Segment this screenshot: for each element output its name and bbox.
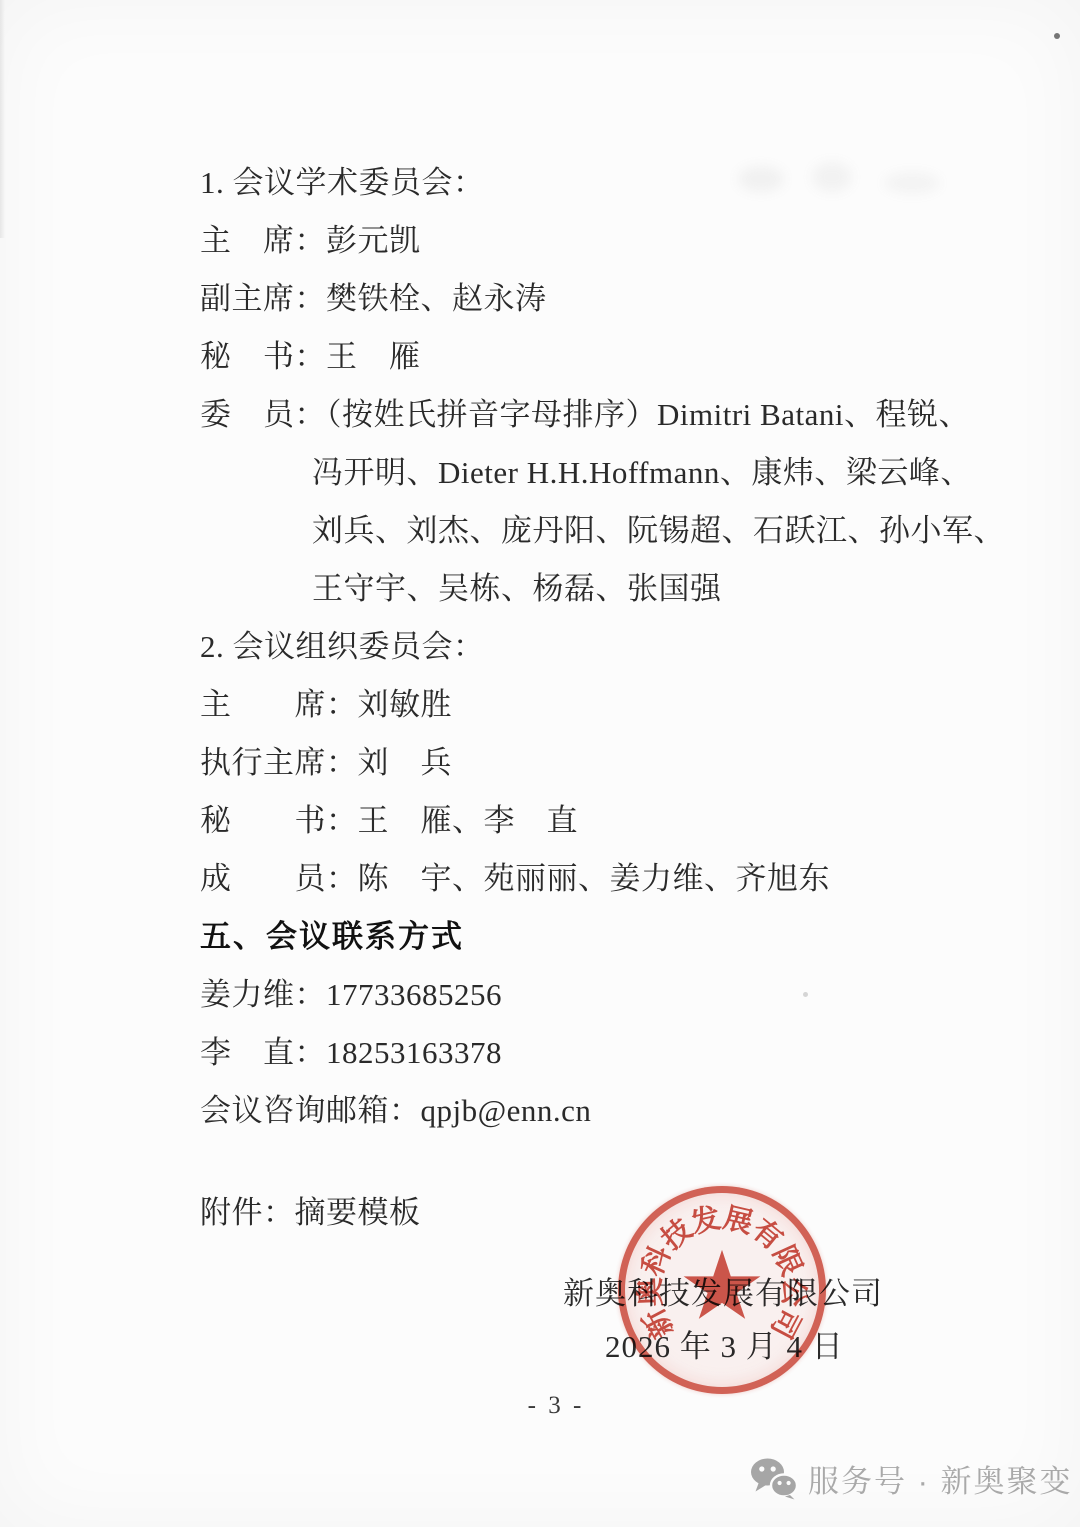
wechat-icon <box>750 1458 798 1500</box>
page-number: - 3 - <box>494 1392 618 1420</box>
signature-date: 2026 年 3 月 4 日 <box>605 1330 844 1364</box>
section-heading: 五、会议联系方式 <box>200 908 990 966</box>
scan-speck <box>1054 33 1060 39</box>
doc-line: 秘 书：王 雁、李 直 <box>200 792 990 850</box>
wechat-account-label[interactable]: 服务号 · 新奥聚变 <box>808 1456 1073 1501</box>
doc-line: 执行主席：刘 兵 <box>200 734 990 792</box>
doc-line: 冯开明、Dieter H.H.Hoffmann、康炜、梁云峰、 <box>312 444 990 502</box>
doc-line: 1. 会议学术委员会： <box>200 154 990 212</box>
scan-edge-shadow <box>0 0 5 238</box>
doc-line: 主 席：刘敏胜 <box>200 676 990 734</box>
doc-line: 附件：摘要模板 <box>200 1184 990 1242</box>
doc-line: 成 员：陈 宇、苑丽丽、姜力维、齐旭东 <box>200 850 990 908</box>
doc-line: 秘 书：王 雁 <box>200 328 990 386</box>
doc-line: 副主席：樊铁栓、赵永涛 <box>200 270 990 328</box>
scanned-document-page: 1. 会议学术委员会：主 席：彭元凯副主席：樊铁栓、赵永涛秘 书：王 雁委 员：… <box>0 0 1080 1527</box>
doc-line: 委 员：（按姓氏拼音字母排序）Dimitri Batani、程锐、 <box>200 386 990 444</box>
doc-line: 会议咨询邮箱：qpjb@enn.cn <box>200 1082 990 1140</box>
doc-line: 姜力维：17733685256 <box>200 966 990 1024</box>
doc-line: 刘兵、刘杰、庞丹阳、阮锡超、石跃江、孙小军、 <box>312 502 990 560</box>
doc-line: 王守宇、吴栋、杨磊、张国强 <box>312 560 990 618</box>
document-body: 1. 会议学术委员会：主 席：彭元凯副主席：樊铁栓、赵永涛秘 书：王 雁委 员：… <box>200 154 990 1242</box>
wechat-account-bar[interactable]: 服务号 · 新奥聚变 <box>750 1456 1073 1501</box>
doc-line: 2. 会议组织委员会： <box>200 618 990 676</box>
doc-line: 李 直：18253163378 <box>200 1024 990 1082</box>
doc-line: 主 席：彭元凯 <box>200 212 990 270</box>
signature-company: 新奥科技发展有限公司 <box>563 1277 883 1311</box>
